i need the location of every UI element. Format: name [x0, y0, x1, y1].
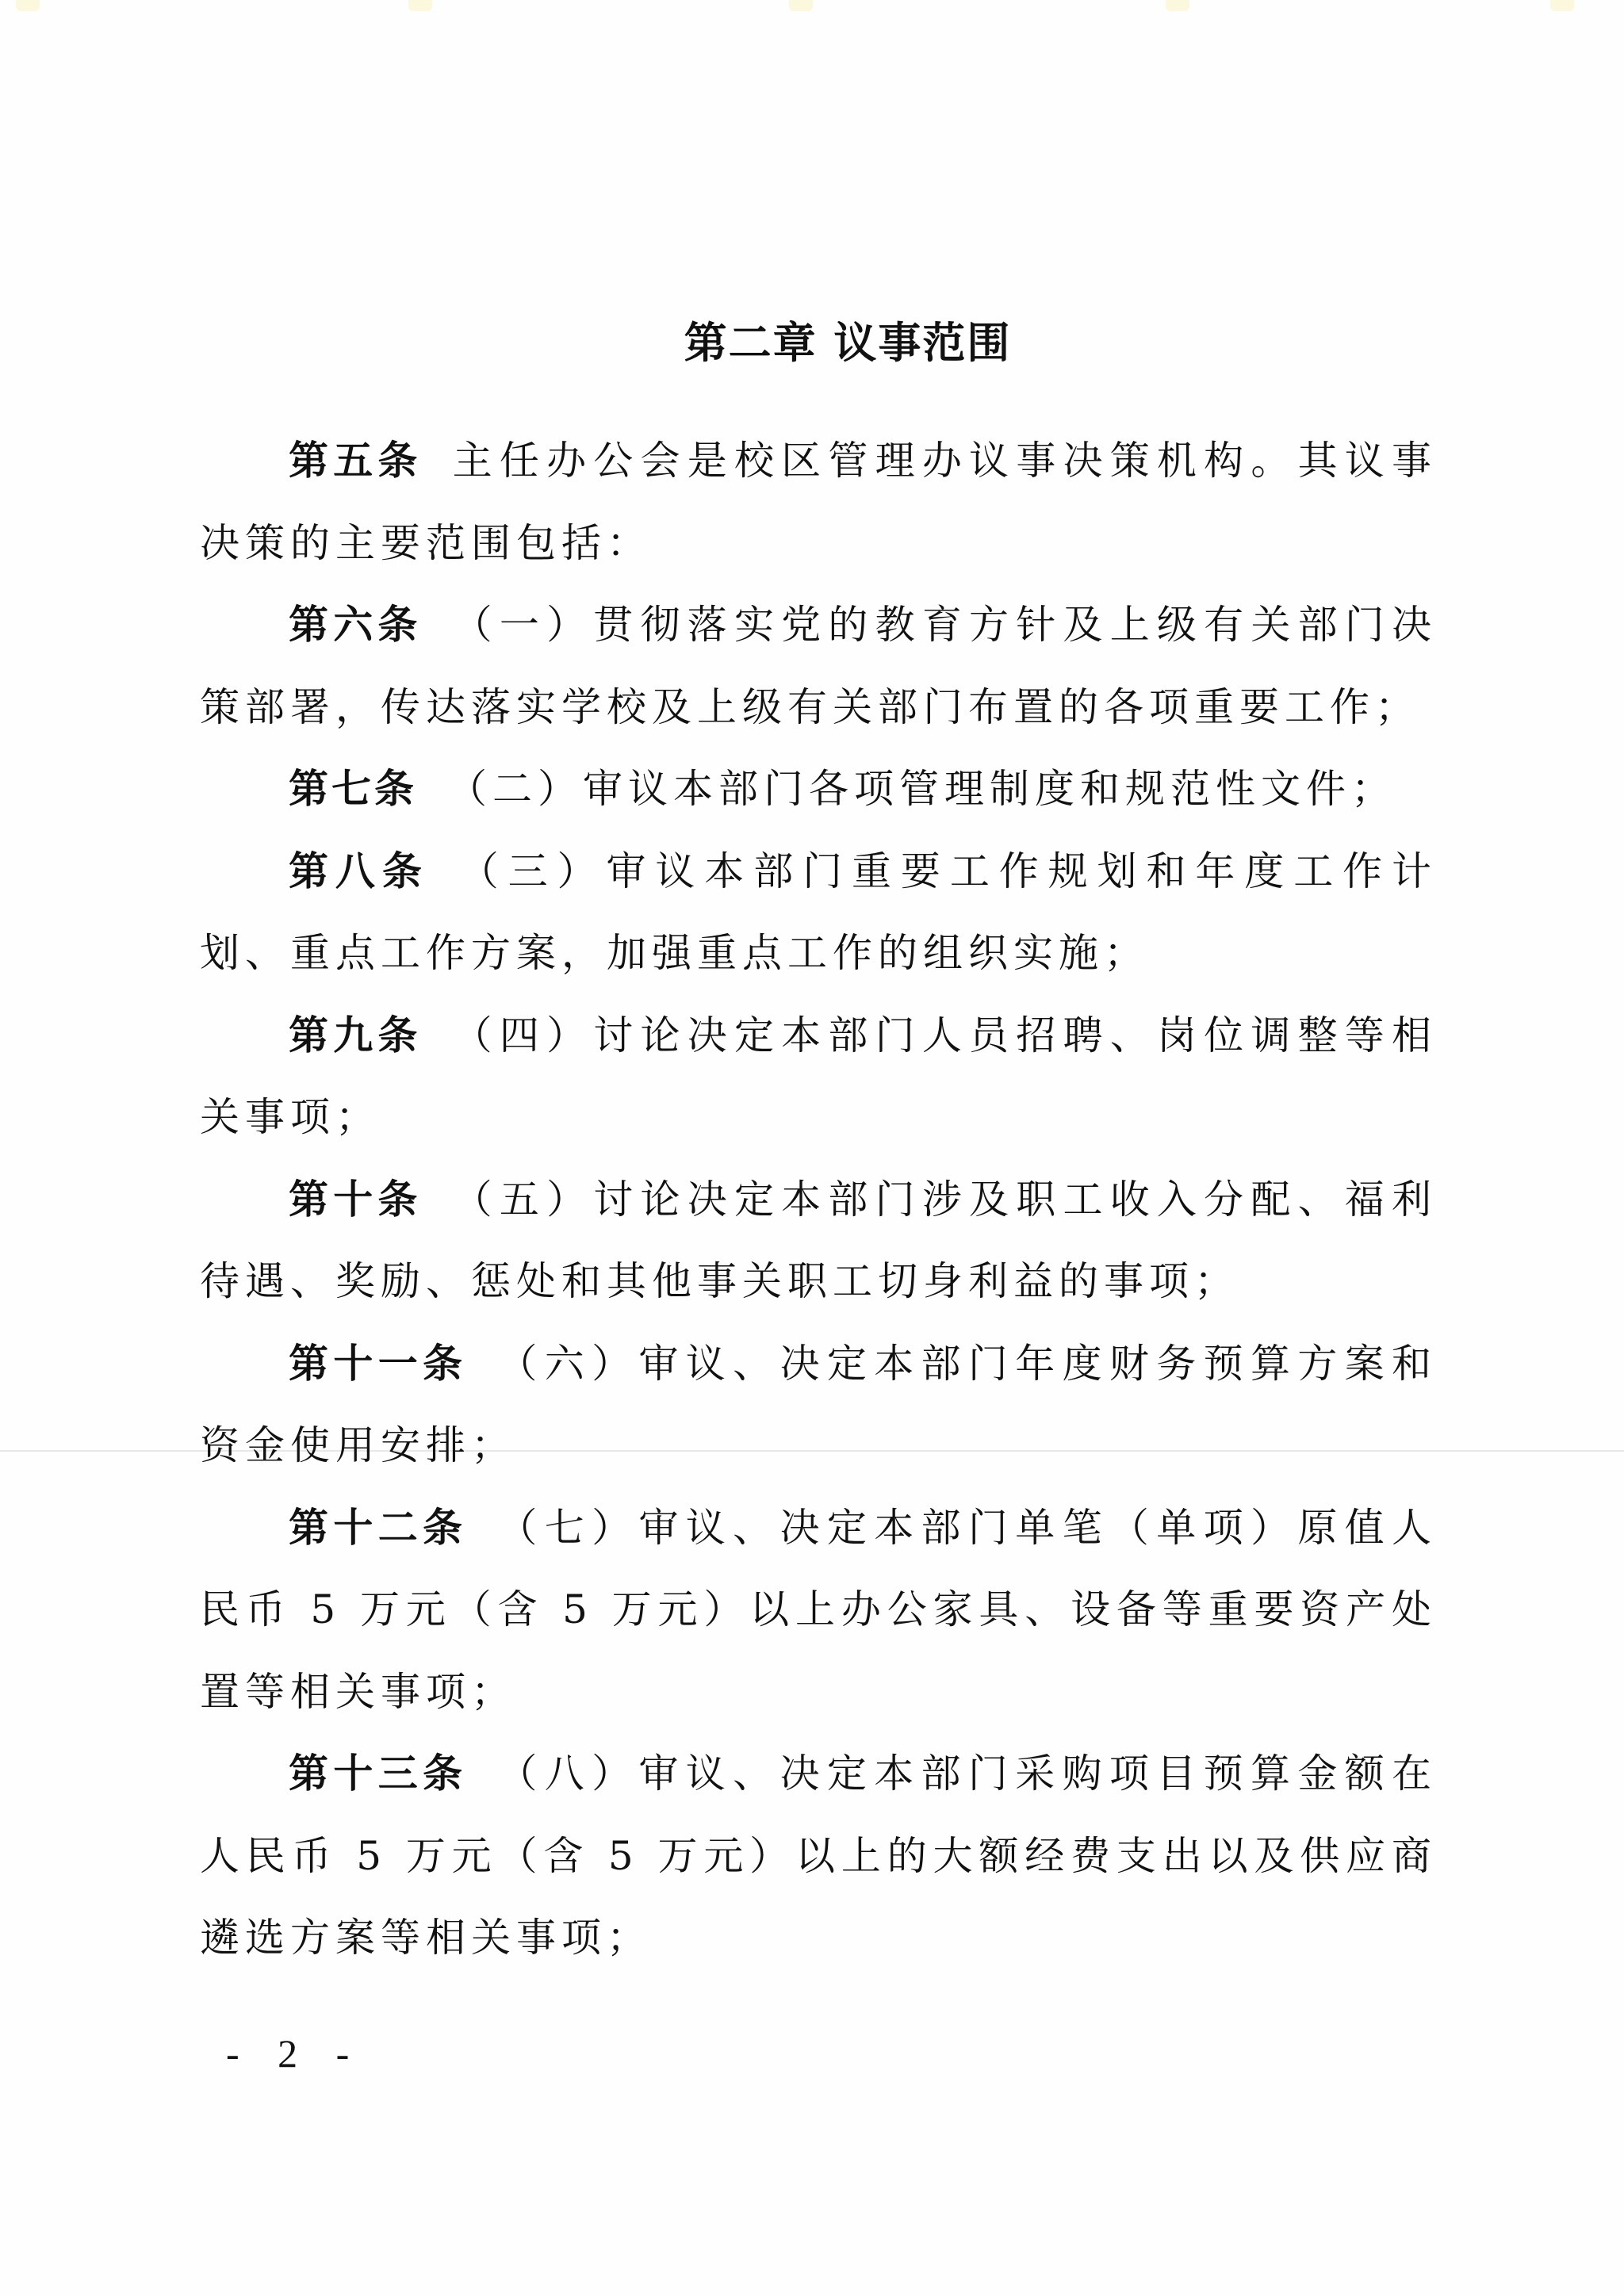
article-number: 第六条 [289, 602, 423, 648]
article-9: 第九条（四）讨论决定本部门人员招聘、岗位调整等相关事项； [200, 995, 1437, 1159]
article-number: 第十三条 [289, 1751, 467, 1797]
article-number: 第八条 [289, 848, 429, 894]
document-body: 第五条主任办公会是校区管理办议事决策机构。其议事决策的主要范围包括： 第六条（一… [200, 420, 1437, 1980]
article-number: 第九条 [289, 1012, 423, 1058]
article-10: 第十条（五）讨论决定本部门涉及职工收入分配、福利待遇、奖励、惩处和其他事关职工切… [200, 1159, 1437, 1323]
article-number: 第十条 [289, 1177, 423, 1223]
article-5: 第五条主任办公会是校区管理办议事决策机构。其议事决策的主要范围包括： [200, 420, 1437, 584]
article-6: 第六条（一）贯彻落实党的教育方针及上级有关部门决策部署，传达落实学校及上级有关部… [200, 584, 1437, 748]
article-7: 第七条（二）审议本部门各项管理制度和规范性文件； [200, 748, 1437, 831]
article-13: 第十三条（八）审议、决定本部门采购项目预算金额在人民币 5 万元（含 5 万元）… [200, 1733, 1437, 1980]
article-8: 第八条（三）审议本部门重要工作规划和年度工作计划、重点工作方案，加强重点工作的组… [200, 831, 1437, 995]
article-12: 第十二条（七）审议、决定本部门单笔（单项）原值人民币 5 万元（含 5 万元）以… [200, 1487, 1437, 1734]
article-number: 第五条 [289, 438, 423, 484]
scan-artifact [789, 0, 813, 11]
chapter-title: 第二章 议事范围 [0, 316, 1624, 371]
article-11: 第十一条（六）审议、决定本部门年度财务预算方案和资金使用安排； [200, 1323, 1437, 1487]
article-number: 第七条 [289, 766, 417, 812]
document-page: 第二章 议事范围 第五条主任办公会是校区管理办议事决策机构。其议事决策的主要范围… [0, 0, 1624, 2296]
scan-artifact [16, 0, 40, 11]
article-number: 第十一条 [289, 1341, 467, 1387]
article-number: 第十二条 [289, 1505, 467, 1551]
scan-artifact [1550, 0, 1574, 11]
article-text: （二）审议本部门各项管理制度和规范性文件； [447, 766, 1396, 812]
scan-artifact [408, 0, 432, 11]
page-number: - 2 - [226, 2030, 363, 2077]
scan-artifact [1166, 0, 1189, 11]
